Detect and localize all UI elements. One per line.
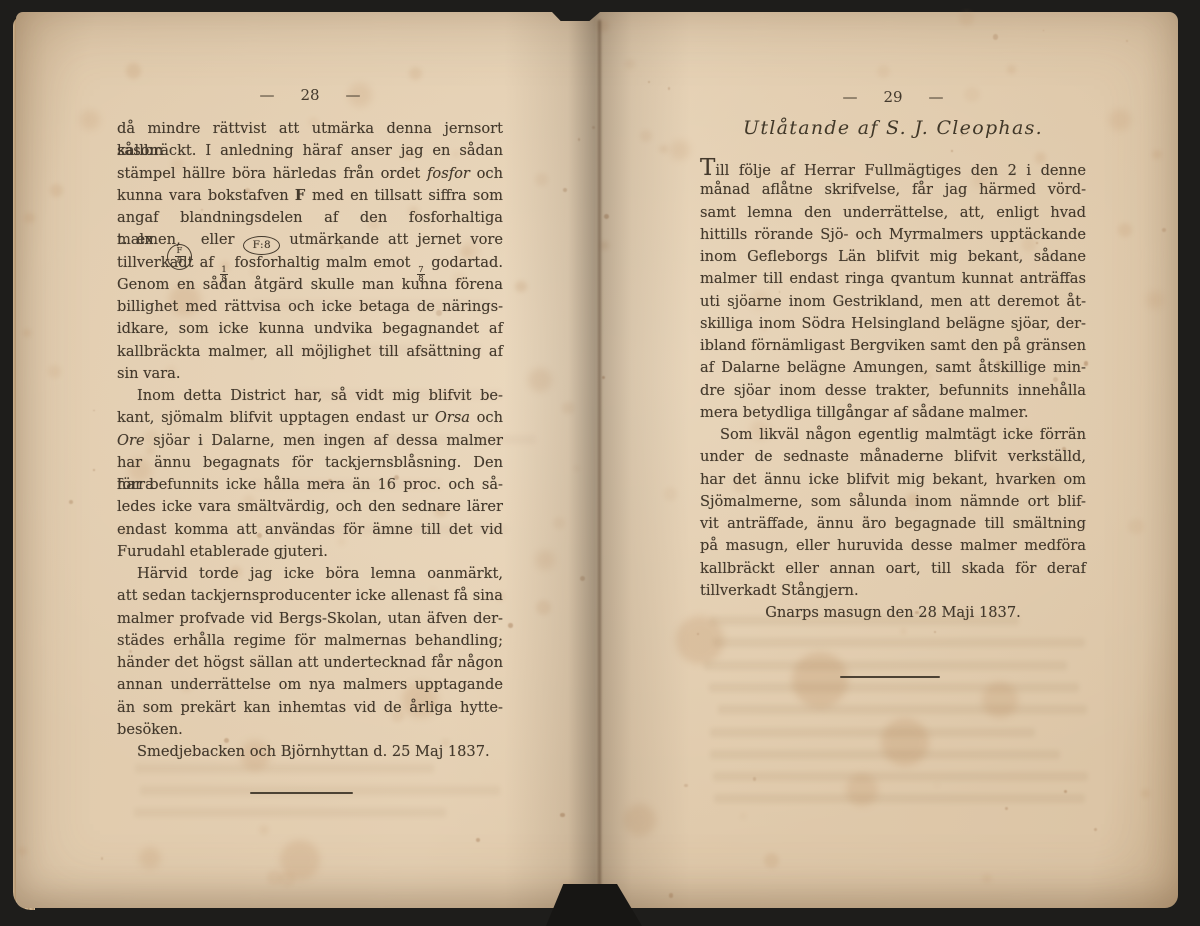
text-line: skilliga inom Södra Helsingland belägne … <box>700 313 1086 335</box>
header-dash-icon: — <box>346 84 361 106</box>
text-line: kallbräckta malmer, all möjlighet till a… <box>117 341 503 363</box>
page-28-text-block: då mindre rättvist att utmärka denna jer… <box>117 118 503 763</box>
text-line: Smedjebacken och Björnhyttan d. 25 Maj 1… <box>117 741 503 763</box>
text-line: då mindre rättvist att utmärka denna jer… <box>117 118 503 140</box>
text-line: idkare, som icke kunna undvika begagnand… <box>117 318 503 340</box>
text-line: vit anträffade, ännu äro begagnade till … <box>700 513 1086 535</box>
header-dash-icon: — <box>259 84 274 106</box>
text-line: händer det högst sällan att undertecknad… <box>117 652 503 674</box>
text-line: samt lemna den underrättelse, att, enlig… <box>700 202 1086 224</box>
page-number-left: 28 <box>300 84 319 106</box>
text-line: Genom en sådan åtgärd skulle man kunna f… <box>117 274 503 296</box>
text-line: billighet med rättvisa och icke betaga d… <box>117 296 503 318</box>
text-line: t. ex. F8 eller F:8 utmärkande att jerne… <box>117 229 503 251</box>
bold-letter: F <box>295 187 306 204</box>
page-29-header: — 29 — <box>700 86 1086 108</box>
text-line: af Dalarne belägne Amungen, samt åtskill… <box>700 357 1086 379</box>
header-dash-icon: — <box>842 86 857 108</box>
header-dash-icon: — <box>929 86 944 108</box>
text-line: inom Gefleborgs Län blifvit mig bekant, … <box>700 246 1086 268</box>
italic-term: Ore <box>117 432 145 449</box>
page-number-right: 29 <box>883 86 902 108</box>
text-line: kallbräckt. I anledning häraf anser jag … <box>117 140 503 162</box>
text-line: kallbräckt eller annan oart, till skada … <box>700 558 1086 580</box>
text-line: sin vara. <box>117 363 503 385</box>
text-line: Som likväl någon egentlig malmtägt icke … <box>700 424 1086 446</box>
text-line: stämpel hällre böra härledas från ordet … <box>117 163 503 185</box>
section-divider-rule-left <box>250 792 353 794</box>
text-line: dre sjöar inom desse trakter, befunnits … <box>700 380 1086 402</box>
text-line: månad aflåtne skrifvelse, får jag härmed… <box>700 179 1086 201</box>
text-line: ledes icke vara smältvärdig, och den sed… <box>117 496 503 518</box>
text-line: besöken. <box>117 719 503 741</box>
text-line: städes erhålla regime för malmernas beha… <box>117 630 503 652</box>
text-line: på masugn, eller huruvida desse malmer m… <box>700 535 1086 557</box>
text-line: Gnarps masugn den 28 Maji 1837. <box>700 602 1086 624</box>
text-line: har det ännu icke blifvit mig bekant, hv… <box>700 469 1086 491</box>
text-line: malmer till endast ringa qvantum kunnat … <box>700 268 1086 290</box>
page-28-header: — 28 — <box>117 84 503 106</box>
section-divider-rule-right <box>840 676 940 678</box>
text-line: Till följe af Herrar Fullmägtiges den 2 … <box>700 157 1086 179</box>
text-line: Sjömalmerne, som sålunda inom nämnde ort… <box>700 491 1086 513</box>
text-line: hittills rörande Sjö- och Myrmalmers upp… <box>700 224 1086 246</box>
section-title: Utlåtande af S. J. Cleophas. <box>700 117 1086 139</box>
page-29-text-block: Till följe af Herrar Fullmägtiges den 2 … <box>700 157 1086 624</box>
italic-term: Orsa <box>435 409 470 426</box>
text-line: tillverkadt af 18 fosforhaltig malm emot… <box>117 252 503 274</box>
text-line: endast komma att användas för ämne till … <box>117 519 503 541</box>
text-line: kant, sjömalm blifvit upptagen endast ur… <box>117 407 503 429</box>
text-line: Härvid torde jag icke böra lemna oanmärk… <box>117 563 503 585</box>
text-line: annan underrättelse om nya malmers uppta… <box>117 674 503 696</box>
text-line: under de sednaste månaderne blifvit verk… <box>700 446 1086 468</box>
text-line: Inom detta District har, så vidt mig bli… <box>117 385 503 407</box>
text-line: ibland förnämligast Bergviken samt den p… <box>700 335 1086 357</box>
text-line: Furudahl etablerade gjuteri. <box>117 541 503 563</box>
text-line: tillverkadt Stångjern. <box>700 580 1086 602</box>
text-line: malmer profvade vid Bergs-Skolan, utan ä… <box>117 608 503 630</box>
text-line: uti sjöarne inom Gestrikland, men att de… <box>700 291 1086 313</box>
text-line: än som prekärt kan inhemtas vid de årlig… <box>117 697 503 719</box>
text-line: Ore sjöar i Dalarne, men ingen af dessa … <box>117 430 503 452</box>
italic-term: fosfor <box>427 165 470 182</box>
text-line: har befunnits icke hålla mera än 16 proc… <box>117 474 503 496</box>
text-line: kunna vara bokstafven F med en tillsatt … <box>117 185 503 207</box>
text-line: mera betydliga tillgångar af sådane malm… <box>700 402 1086 424</box>
text-line: att sedan tackjernsproducenter icke alle… <box>117 585 503 607</box>
drop-cap: T <box>700 155 715 181</box>
text-line: angaf blandningsdelen af den fosforhalti… <box>117 207 503 229</box>
text-line: har ännu begagnats för tackjernsblåsning… <box>117 452 503 474</box>
